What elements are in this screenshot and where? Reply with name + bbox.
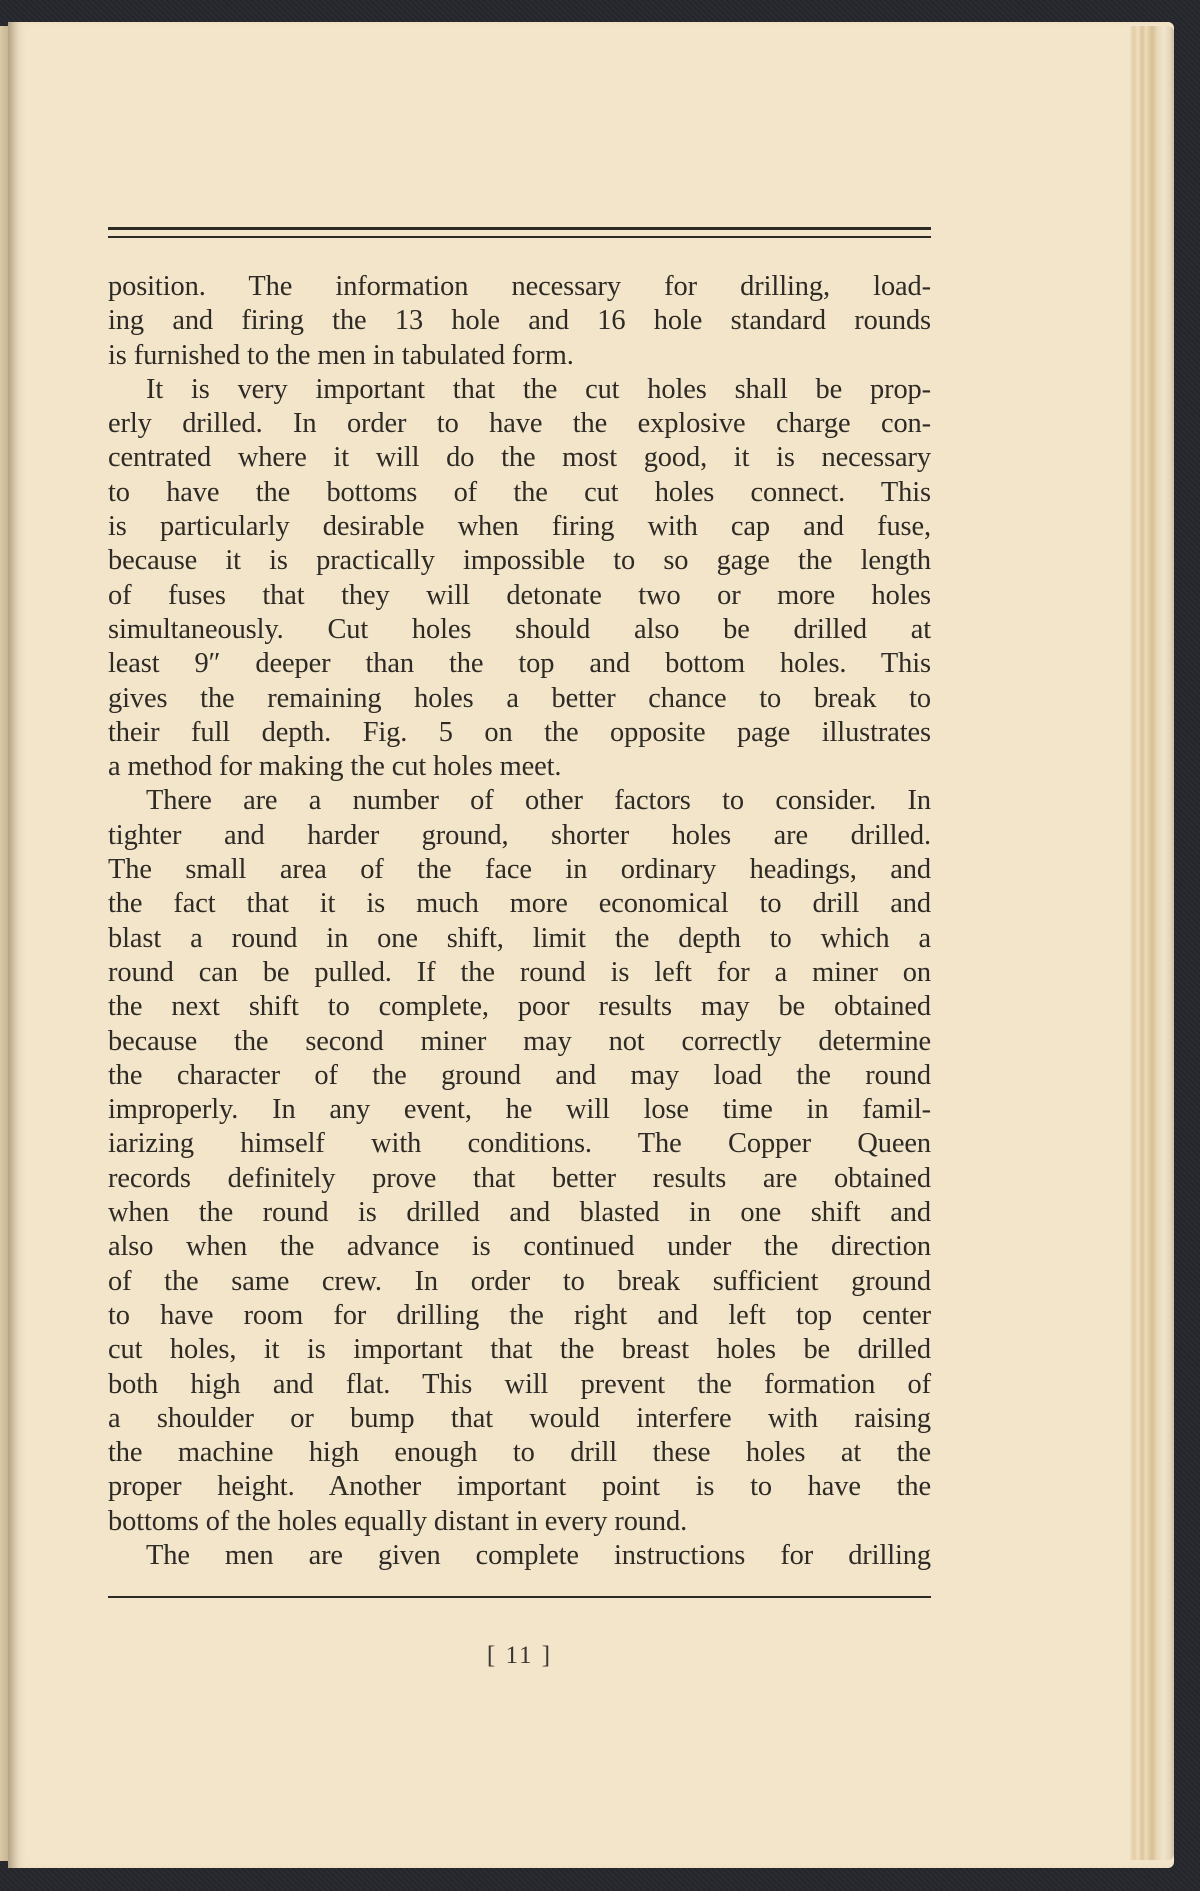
text-line: round can be pulled. If the round is lef…: [108, 956, 931, 990]
page-number: [ 11 ]: [108, 1642, 931, 1670]
text-line: bottoms of the holes equally distant in …: [108, 1505, 931, 1539]
book-page: position. The information necessary for …: [8, 22, 1174, 1868]
text-line: The men are given complete instructions …: [108, 1539, 931, 1573]
footer-rule: [108, 1596, 931, 1598]
text-line: improperly. In any event, he will lose t…: [108, 1093, 931, 1127]
text-line: centrated where it will do the most good…: [108, 441, 931, 475]
text-line: cut holes, it is important that the brea…: [108, 1333, 931, 1367]
text-line: their full depth. Fig. 5 on the opposite…: [108, 716, 931, 750]
text-line: also when the advance is continued under…: [108, 1230, 931, 1264]
text-line: the next shift to complete, poor results…: [108, 990, 931, 1024]
text-line: to have the bottoms of the cut holes con…: [108, 476, 931, 510]
text-line: the character of the ground and may load…: [108, 1059, 931, 1093]
text-line: iarizing himself with conditions. The Co…: [108, 1127, 931, 1161]
body-text: position. The information necessary for …: [108, 270, 931, 1573]
text-line: There are a number of other factors to c…: [108, 784, 931, 818]
text-line: It is very important that the cut holes …: [108, 373, 931, 407]
text-line: position. The information necessary for …: [108, 270, 931, 304]
text-line: The small area of the face in ordinary h…: [108, 853, 931, 887]
header-rule-thick: [108, 227, 931, 230]
text-line: ing and firing the 13 hole and 16 hole s…: [108, 304, 931, 338]
text-line: of the same crew. In order to break suff…: [108, 1265, 931, 1299]
text-line: is particularly desirable when firing wi…: [108, 510, 931, 544]
text-line: when the round is drilled and blasted in…: [108, 1196, 931, 1230]
text-line: is furnished to the men in tabulated for…: [108, 339, 931, 373]
text-line: proper height. Another important point i…: [108, 1470, 931, 1504]
text-line: least 9″ deeper than the top and bottom …: [108, 647, 931, 681]
header-rule-thin: [108, 236, 931, 238]
text-line: blast a round in one shift, limit the de…: [108, 922, 931, 956]
text-line: simultaneously. Cut holes should also be…: [108, 613, 931, 647]
text-line: gives the remaining holes a better chanc…: [108, 682, 931, 716]
text-line: a method for making the cut holes meet.: [108, 750, 931, 784]
text-line: the machine high enough to drill these h…: [108, 1436, 931, 1470]
text-line: both high and flat. This will prevent th…: [108, 1368, 931, 1402]
text-line: the fact that it is much more economical…: [108, 887, 931, 921]
text-line: of fuses that they will detonate two or …: [108, 579, 931, 613]
text-line: records definitely prove that better res…: [108, 1162, 931, 1196]
page-stack-edges: [1130, 26, 1174, 1860]
text-line: tighter and harder ground, shorter holes…: [108, 819, 931, 853]
text-line: erly drilled. In order to have the explo…: [108, 407, 931, 441]
text-line: because the second miner may not correct…: [108, 1025, 931, 1059]
text-line: because it is practically impossible to …: [108, 544, 931, 578]
text-line: to have room for drilling the right and …: [108, 1299, 931, 1333]
text-line: a shoulder or bump that would interfere …: [108, 1402, 931, 1436]
